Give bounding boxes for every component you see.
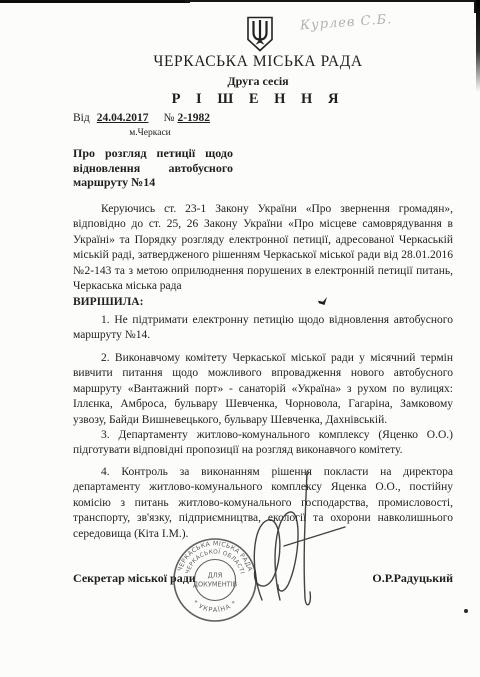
resolution-item-1: 1. Не підтримати електронну петицію щодо…	[73, 313, 453, 344]
svg-text:* УКРАЇНА *: * УКРАЇНА *	[191, 598, 238, 614]
document-date: 24.04.2017	[97, 112, 149, 124]
date-number-row: Від24.04.2017№2-1982	[73, 112, 210, 124]
document-page: Курлев С.Б. ЧЕРКАСЬКА МІСЬКА РАДА Друга …	[0, 0, 480, 677]
session-label: Друга сесія	[36, 74, 480, 89]
resolution-item-3: 3. Департаменту житлово-комунального ком…	[73, 428, 453, 459]
trident-emblem-icon	[246, 16, 274, 53]
organization-name: ЧЕРКАСЬКА МІСЬКА РАДА	[36, 53, 480, 71]
preamble-block: Керуючись ст. 23-1 Закону України «Про з…	[73, 202, 453, 310]
document-number: 2-1982	[177, 112, 210, 124]
scan-artifact-top-line-thin	[185, 0, 480, 2]
document-header: ЧЕРКАСЬКА МІСЬКА РАДА Друга сесія Р І Ш …	[36, 53, 480, 108]
date-label: Від	[73, 112, 90, 124]
subject-block: Про розгляд петиції щодо відновлення авт…	[73, 146, 233, 190]
number-sign: №	[163, 112, 174, 124]
ink-dot	[464, 609, 468, 613]
resolution-item-2: 2. Виконавчому комітету Черкаської міськ…	[73, 351, 453, 428]
resolution-item-4: 4. Контроль за виконанням рішення поклас…	[73, 465, 453, 542]
signatory-name: О.Р.Радуцький	[372, 571, 453, 586]
stamp-ring-bottom-text: * УКРАЇНА *	[191, 598, 238, 614]
resolved-label: ВИРІШИЛА:	[73, 295, 453, 310]
document-type-title: Р І Ш Е Н Н Я	[36, 91, 480, 108]
svg-text:ЧЕРКАСЬКА МІСЬКА РАДА: ЧЕРКАСЬКА МІСЬКА РАДА	[177, 540, 254, 572]
stamp-ring-outer-text: ЧЕРКАСЬКА МІСЬКА РАДА	[177, 540, 254, 572]
preamble-paragraph: Керуючись ст. 23-1 Закону України «Про з…	[73, 202, 453, 295]
place-label: м.Черкаси	[105, 128, 195, 138]
scan-artifact-top-line	[0, 0, 190, 3]
handwritten-annotation: Курлев С.Б.	[300, 9, 431, 33]
signature-row: Секретар міської ради О.Р.Радуцький	[73, 571, 453, 586]
signatory-title: Секретар міської ради	[73, 571, 196, 586]
